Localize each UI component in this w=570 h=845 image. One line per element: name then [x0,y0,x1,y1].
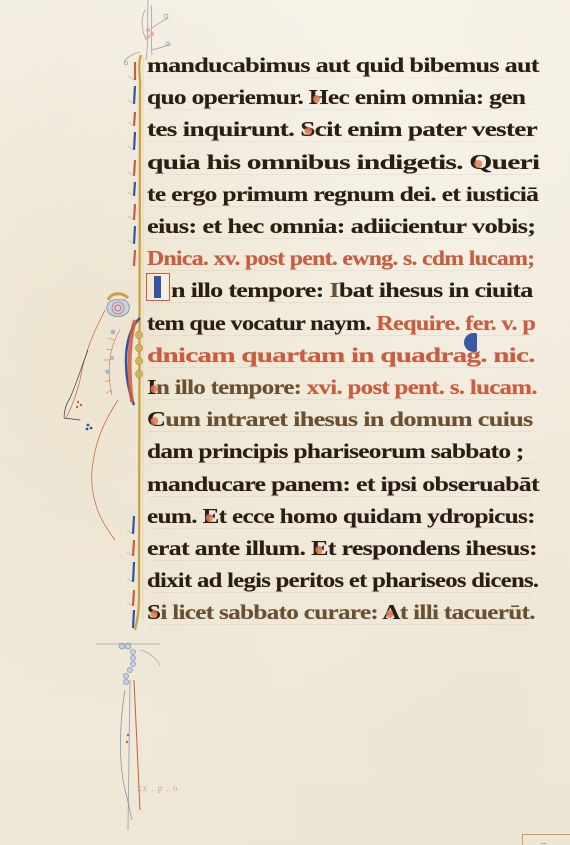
text-segment: dixit ad legis peritos et phariseos dice… [147,568,538,592]
capital-letter: H [309,85,328,109]
text-line: erat ante illum. Et respondens ihesus: [147,533,537,563]
text-line: manducare panem: et ipsi obseruabāt [147,469,539,499]
manuscript-page: manducabimus aut quid bibemus autquo ope… [0,0,570,845]
text-line: n illo tempore: Ibat ihesus in ciuita [171,275,533,305]
text-segment: I [329,278,338,302]
text-segment: t respondens ihesus: [328,536,537,560]
text-segment: n illo tempore: [171,278,329,302]
capital-letter: C [147,407,165,431]
text-line: manducabimus aut quid bibemus aut [147,50,539,80]
initial-D-blue-bowl [464,333,477,352]
text-segment: i licet sabbato curare: [160,600,382,624]
text-line: te ergo primum regnum dei. et iusticiā [147,179,538,209]
text-line: eius: et hec omnia: adiicientur vobis; [147,211,535,241]
text-line: quo operiemur. Hec enim omnia: gen [147,82,525,112]
text-line: eum. Et ecce homo quidam ydropicus: [147,501,535,531]
text-line: In illo tempore: xvi. post pent. s. luca… [147,372,537,402]
text-segment: erat ante illum. [147,536,311,560]
capital-letter: A [382,600,400,624]
text-segment: bat ihesus in ciuita [339,278,533,302]
capital-letter: E [202,504,218,528]
text-line: quia his omnibus indigetis. Queri [147,147,539,177]
marginal-note: xx . p . o [137,783,179,793]
corner-mark: ‥ [522,834,570,845]
text-segment: cit enim pater vester [315,117,537,141]
decorated-initial-I [146,273,170,301]
text-segment: manducare panem: et ipsi obseruabāt [147,472,539,496]
text-line: dixit ad legis peritos et phariseos dice… [147,565,538,595]
rubric-text: xvi. post pent. s. lucam. [307,375,537,399]
text-line: Cum intraret ihesus in domum cuius [147,404,533,434]
text-segment: manducabimus aut quid bibemus aut [147,53,539,77]
decorated-initial-D [458,330,480,355]
text-segment: ueri [492,150,540,174]
text-segment: tes inquirunt. [147,117,300,141]
text-segment: n illo tempore: [156,375,307,399]
initial-I-blue-stem [154,276,161,298]
rubric-text: Dnica. xv. post pent. ewng. s. cdm lucam… [147,246,535,270]
text-segment: tem que vocatur naym. [147,311,376,335]
text-segment: quo operiemur. [147,85,309,109]
capital-letter: E [311,536,328,560]
text-segment: um intraret ihesus in domum cuius [165,407,532,431]
text-segment: eum. [147,504,202,528]
text-segment: t illi tacuerūt. [400,600,535,624]
text-segment: dam principis phariseorum sabbato ; [147,439,524,463]
rubric-text: nic. [493,343,534,367]
text-segment: ec enim omnia: gen [328,85,525,109]
capital-letter: I [147,375,156,399]
capital-letter: Q [469,150,491,174]
rubric-text: Require. fer. v. p [376,311,535,335]
text-line: tes inquirunt. Scit enim pater vester [147,114,537,144]
text-line: dam principis phariseorum sabbato ; [147,436,524,466]
text-segment: eius: et hec omnia: adiicientur vobis; [147,214,535,238]
text-line: Si licet sabbato curare: At illi tacuerū… [147,597,535,627]
capital-letter: S [300,117,314,141]
text-segment: te ergo primum regnum dei. et iusticiā [147,182,538,206]
text-segment: quia his omnibus indigetis. [147,150,469,174]
capital-letter: S [147,600,160,624]
text-segment: t ecce homo quidam ydropicus: [219,504,535,528]
text-line: Dnica. xv. post pent. ewng. s. cdm lucam… [147,243,535,273]
rubric-text: dnicam quartam in quadrag. [147,343,493,367]
